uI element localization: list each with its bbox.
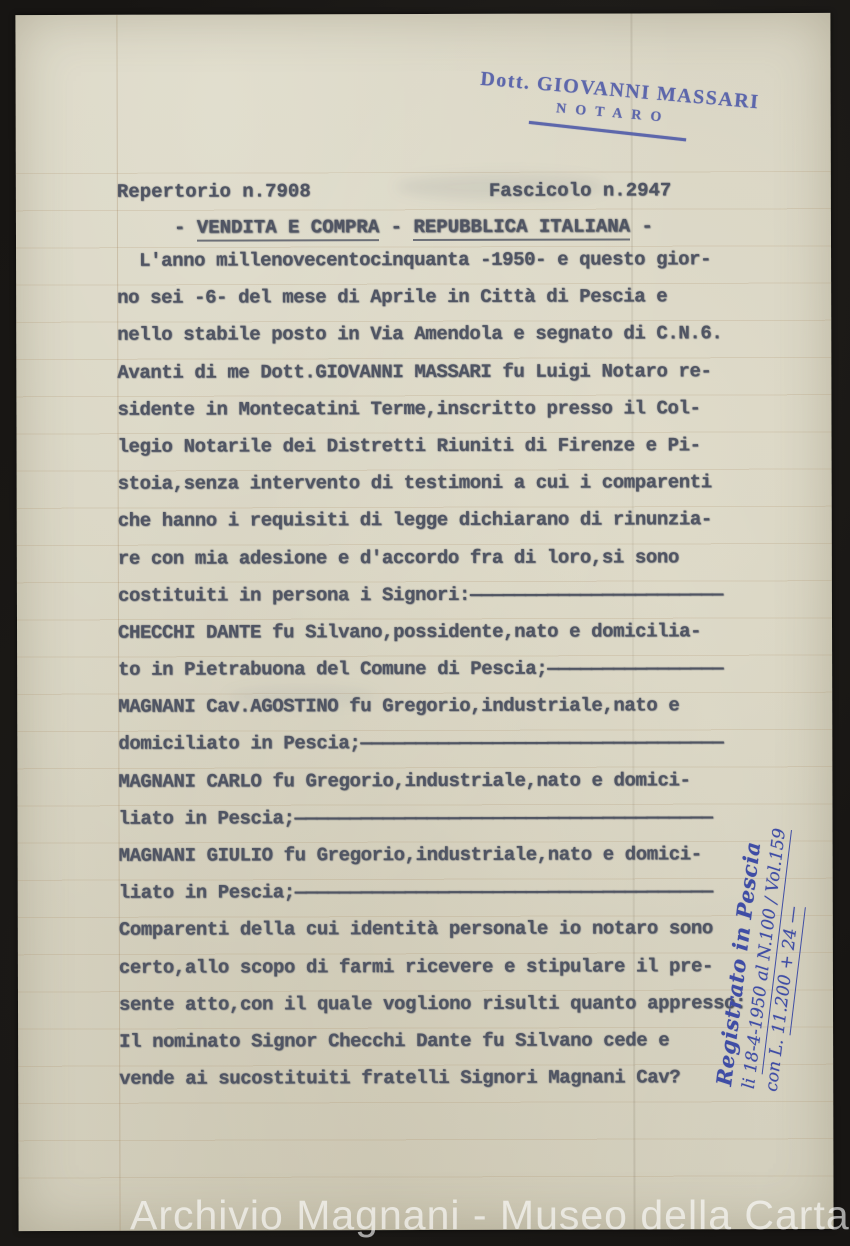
- fascicolo-number: Fascicolo n.2947: [489, 179, 671, 201]
- typed-line: CHECCHI DANTE fu Silvano,possidente,nato…: [118, 613, 778, 652]
- typed-line: Il nominato Signor Checchi Dante fu Silv…: [119, 1022, 779, 1061]
- title-part-repubblica: REPUBBLICA ITALIANA: [413, 215, 630, 241]
- archive-watermark: Archivio Magnani - Museo della Carta: [130, 1192, 850, 1239]
- typed-line: MAGNANI Cav.AGOSTINO fu Gregorio,industr…: [118, 687, 778, 726]
- title-prefix: -: [174, 217, 197, 239]
- document-title: - VENDITA E COMPRA - REPUBBLICA ITALIANA…: [174, 215, 653, 238]
- typed-line: MAGNANI CARLO fu Gregorio,industriale,na…: [118, 762, 778, 801]
- typed-body: L'anno millenovecentocinquanta -1950- e …: [117, 241, 779, 1098]
- typed-line: liato in Pescia;————————————————————————…: [119, 873, 779, 912]
- typed-line: costituiti in persona i Signori:————————…: [118, 576, 778, 615]
- typed-line: L'anno millenovecentocinquanta -1950- e …: [117, 241, 777, 280]
- typed-line: Comparenti della cui identità personale …: [119, 910, 779, 949]
- typed-line: Avanti di me Dott.GIOVANNI MASSARI fu Lu…: [117, 353, 777, 392]
- typed-line: no sei -6- del mese di Aprile in Città d…: [117, 278, 777, 317]
- paper-sheet: Dott. GIOVANNI MASSARI NOTARO Repertorio…: [15, 13, 833, 1231]
- notary-stamp: Dott. GIOVANNI MASSARI NOTARO: [477, 68, 761, 145]
- typed-line: to in Pietrabuona del Comune di Pescia;—…: [118, 650, 778, 689]
- typed-line: che hanno i requisiti di legge dichiaran…: [118, 501, 778, 540]
- title-separator: -: [379, 216, 413, 238]
- typed-line: vende ai sucostituiti fratelli Signori M…: [119, 1059, 779, 1098]
- document-header: Repertorio n.7908 Fascicolo n.2947: [16, 179, 831, 205]
- repertorio-number: Repertorio n.7908: [117, 180, 311, 203]
- typed-line: stoia,senza intervento di testimoni a cu…: [118, 464, 778, 503]
- typed-line: nello stabile posto in Via Amendola e se…: [117, 315, 777, 354]
- typed-line: sidente in Montecatini Terme,inscritto p…: [117, 390, 777, 429]
- typed-line: liato in Pescia;————————————————————————…: [118, 799, 778, 838]
- typed-line: domiciliato in Pescia;——————————————————…: [118, 725, 778, 764]
- typed-line: certo,allo scopo di farmi ricevere e sti…: [119, 948, 779, 987]
- scanned-document-canvas: Dott. GIOVANNI MASSARI NOTARO Repertorio…: [0, 0, 850, 1246]
- typed-line: MAGNANI GIULIO fu Gregorio,industriale,n…: [119, 836, 779, 875]
- title-suffix: -: [630, 215, 653, 237]
- typed-line: sente atto,con il quale vogliono risulti…: [119, 985, 779, 1024]
- typed-line: legio Notarile dei Distretti Riuniti di …: [117, 427, 777, 466]
- registration-date-prefix: li: [739, 1071, 761, 1090]
- typed-line: re con mia adesione e d'accordo fra di l…: [118, 539, 778, 578]
- title-part-vendita: VENDITA E COMPRA: [197, 216, 380, 241]
